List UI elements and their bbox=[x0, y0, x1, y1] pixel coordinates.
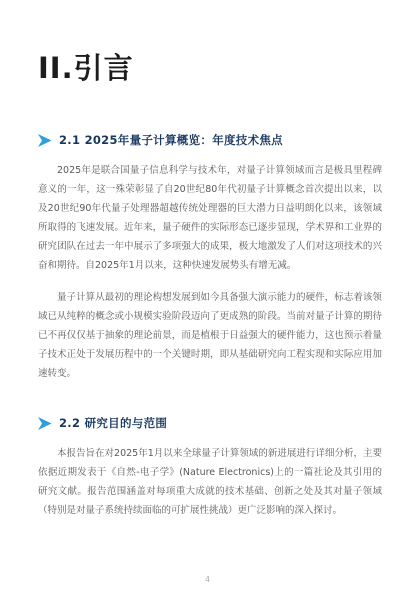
paragraph: 2025年是联合国量子信息科学与技术年，对量子计算领域而言是极具里程碑意义的一年… bbox=[38, 161, 382, 275]
document-page: II.引言 2.1 2025年量子计算概览：年度技术焦点 2025年是联合国量子… bbox=[0, 0, 415, 600]
section-heading-2-1: 2.1 2025年量子计算概览：年度技术焦点 bbox=[38, 132, 379, 148]
document-content: II.引言 2.1 2025年量子计算概览：年度技术焦点 2025年是联合国量子… bbox=[0, 0, 415, 520]
arrow-right-icon bbox=[38, 134, 52, 147]
section-heading-2-2: 2.2 研究目的与范围 bbox=[38, 415, 379, 431]
page-number: 4 bbox=[0, 575, 415, 584]
section-heading-label: 2.1 2025年量子计算概览：年度技术焦点 bbox=[59, 132, 283, 148]
section-2-2: 2.2 研究目的与范围 本报告旨在对2025年1月以来全球量子计算领域的新进展进… bbox=[38, 415, 379, 520]
arrow-right-icon bbox=[38, 417, 52, 430]
section-heading-label: 2.2 研究目的与范围 bbox=[59, 415, 167, 431]
section-2-1: 2.1 2025年量子计算概览：年度技术焦点 2025年是联合国量子信息科学与技… bbox=[38, 132, 379, 383]
paragraph: 本报告旨在对2025年1月以来全球量子计算领域的新进展进行详细分析，主要依据近期… bbox=[38, 444, 382, 520]
paragraph: 量子计算从最初的理论构想发展到如今具备强大演示能力的硬件，标志着该领域已从纯粹的… bbox=[38, 288, 382, 383]
page-title: II.引言 bbox=[38, 50, 379, 86]
